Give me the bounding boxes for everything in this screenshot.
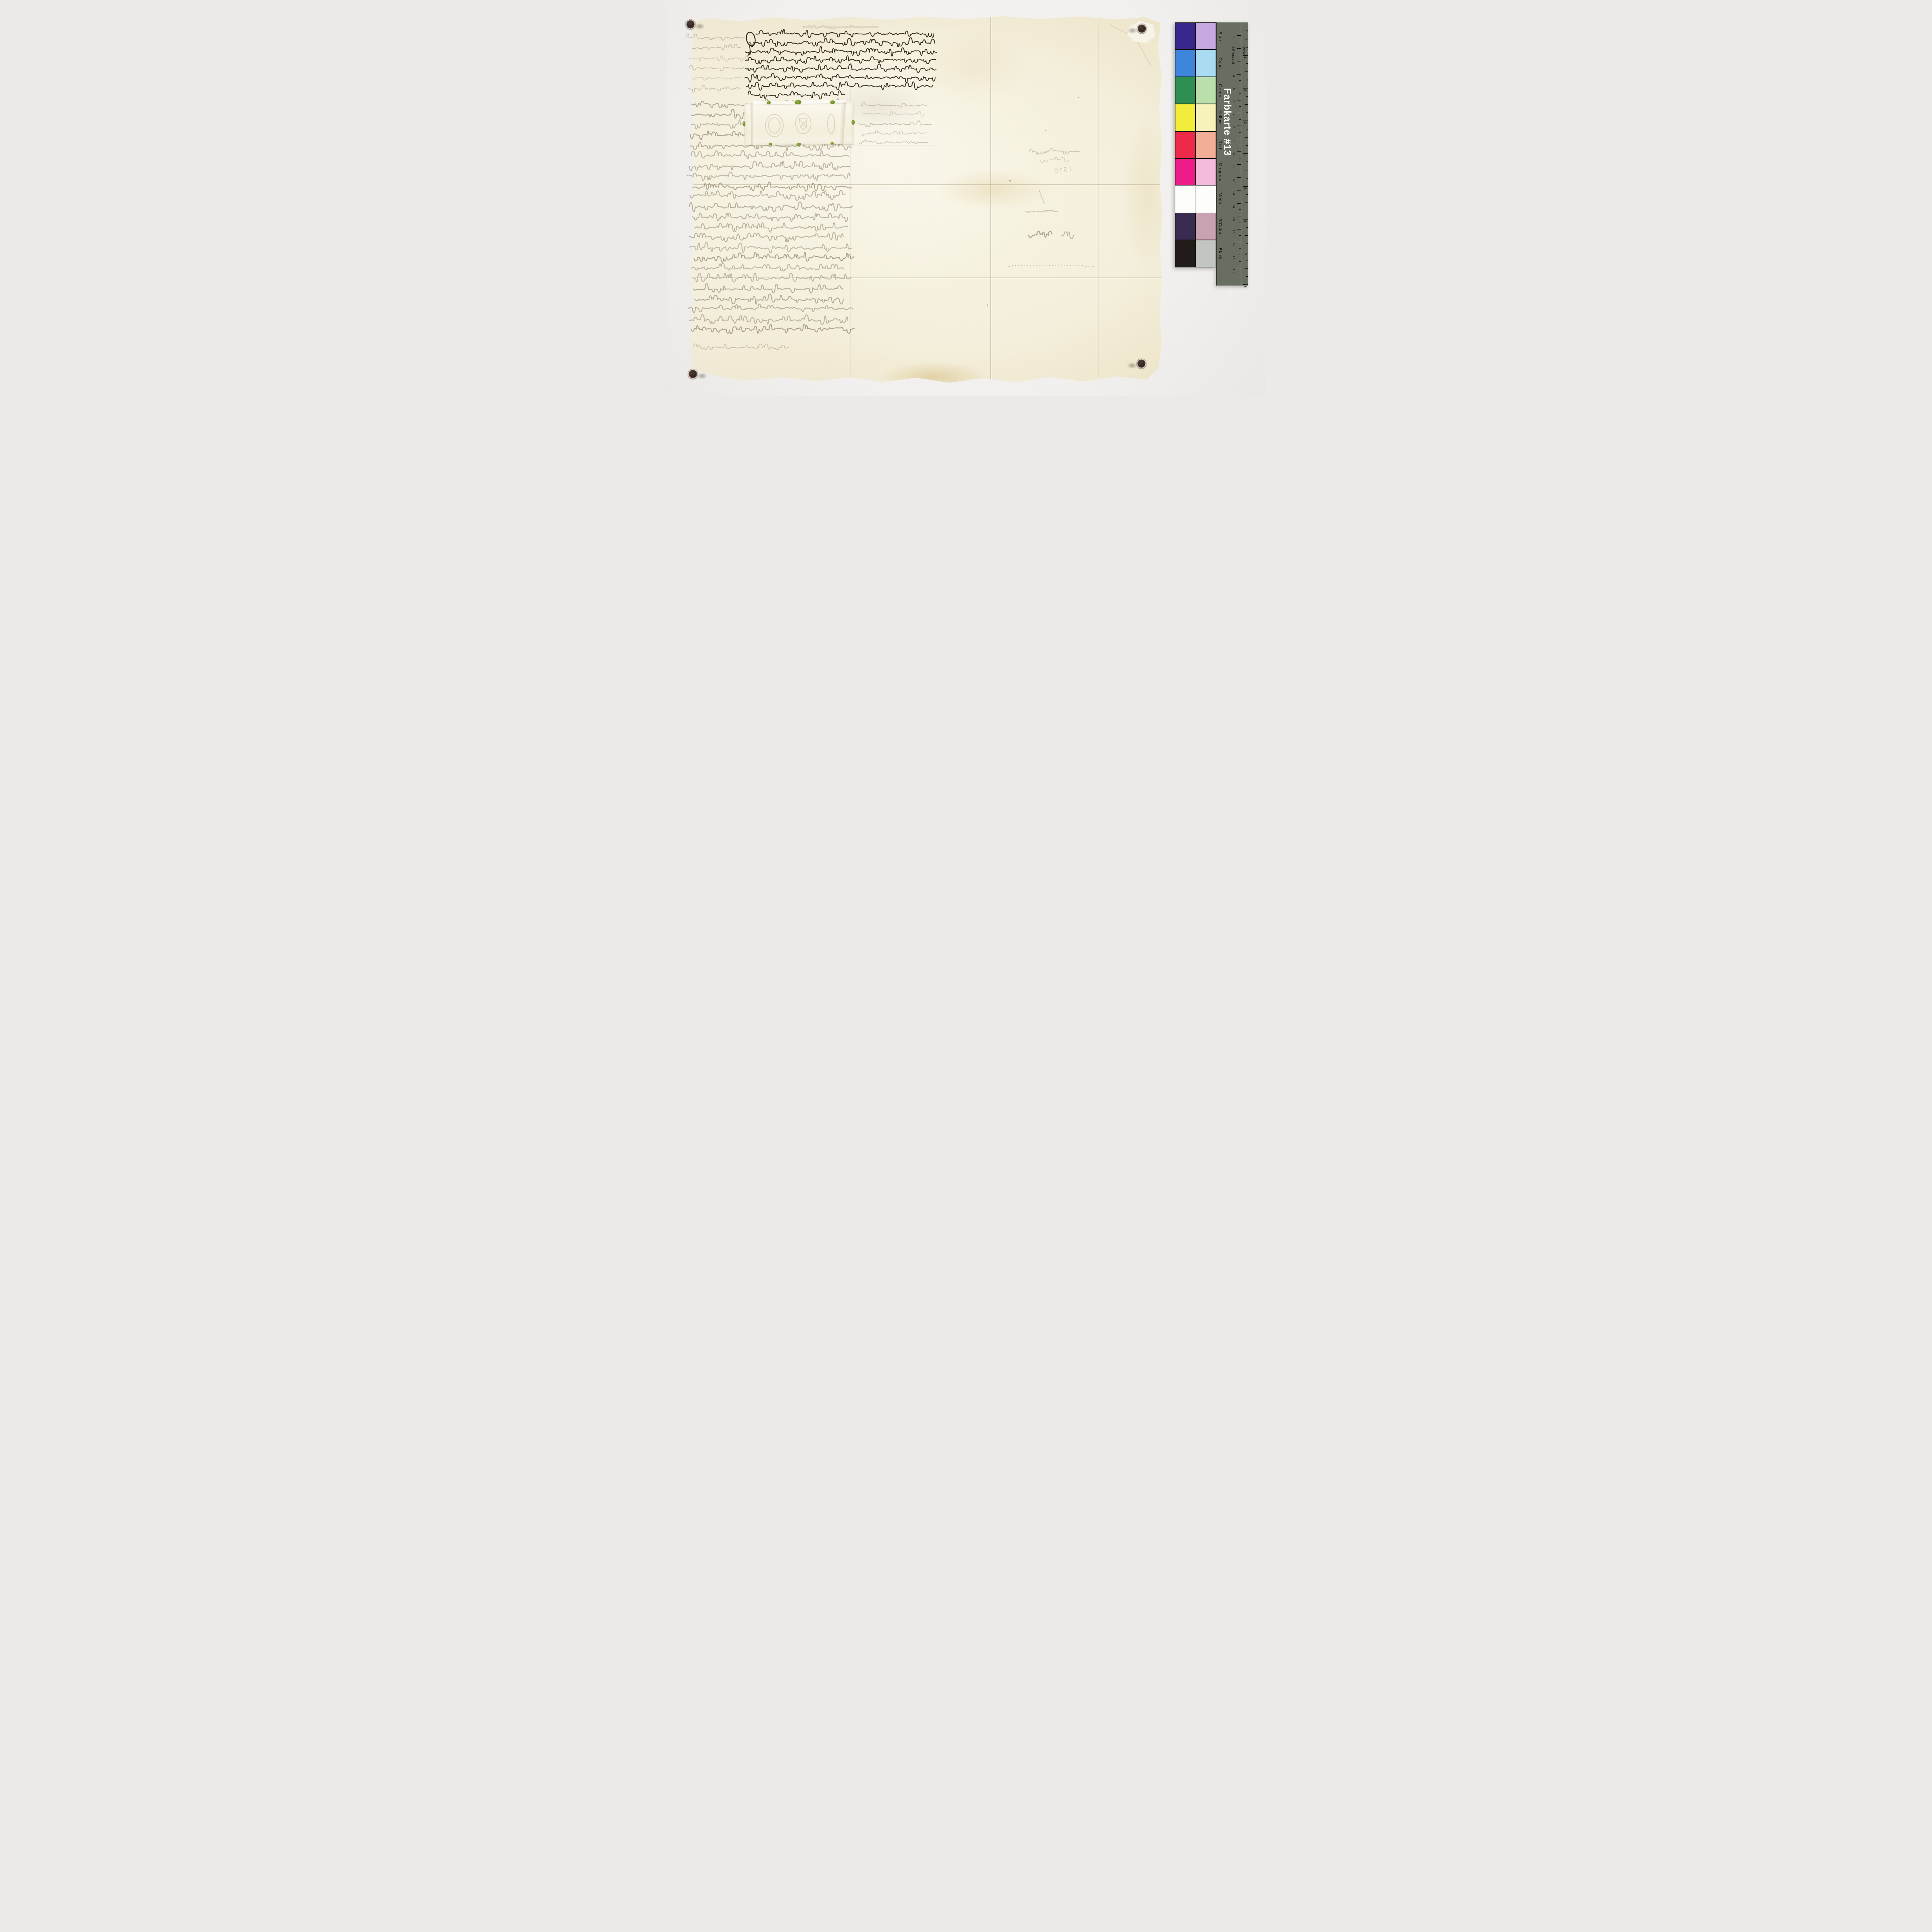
color-patch-tint <box>1196 104 1216 131</box>
stain <box>935 168 1051 211</box>
color-row-label: Black <box>1218 248 1222 260</box>
ruler-tick <box>1246 96 1248 97</box>
color-row-label: 3/Color <box>1218 219 1222 235</box>
ruler-tick <box>1245 104 1248 105</box>
rust-speck <box>1078 97 1079 98</box>
ruler-tick <box>1243 88 1248 88</box>
ruler-tick <box>1246 194 1248 195</box>
color-row-label: White <box>1218 193 1222 206</box>
ruler-tick <box>1237 216 1241 216</box>
ruler-number: 3 <box>1232 62 1236 64</box>
ruler-tick <box>1237 87 1241 87</box>
fold-crease-vertical <box>850 22 851 381</box>
fold-crease-vertical <box>1098 22 1099 377</box>
ruler-tick <box>1246 47 1248 48</box>
color-patch-saturated <box>1175 213 1196 240</box>
ruler-number: 4 <box>1243 155 1247 156</box>
color-patch-tint <box>1196 158 1216 185</box>
ruler-tick <box>1246 129 1248 129</box>
color-row-label: Cyan <box>1218 58 1222 69</box>
ruler-tick <box>1246 260 1248 260</box>
ruler-tick <box>1237 268 1241 268</box>
ruler-tick <box>1245 39 1248 39</box>
stain <box>1120 114 1174 277</box>
ruler-tick <box>1237 151 1241 152</box>
color-patch-tint <box>1196 213 1216 240</box>
ruler-tick <box>1237 61 1241 61</box>
ruler-number: 8 <box>1243 286 1247 287</box>
color-patch-saturated <box>1175 77 1196 104</box>
ruler-tick <box>1237 229 1241 229</box>
parchment-sheet <box>687 14 1164 384</box>
document-pin <box>1136 359 1146 369</box>
ruler-tick <box>1237 126 1241 126</box>
ruler-tick <box>1246 276 1248 277</box>
wax-spot <box>831 142 834 145</box>
ruler-tick <box>1239 42 1241 42</box>
ruler-number: 13 <box>1232 191 1236 195</box>
ruler-tick <box>1245 170 1248 170</box>
color-row-label: Magenta <box>1218 163 1222 182</box>
ruler-tick <box>1239 145 1241 145</box>
card-title: Farbkarte #13 <box>1221 88 1233 156</box>
ruler-tick <box>1246 63 1248 64</box>
ruler-tick <box>1237 203 1241 204</box>
ruler-tick <box>1237 48 1241 49</box>
ruler-tick <box>1239 80 1241 81</box>
embossed-seal <box>769 118 780 133</box>
ruler-number: 16 <box>1232 230 1236 234</box>
wax-spot <box>794 100 801 104</box>
ruler-tick <box>1243 252 1248 252</box>
ruler-tick <box>1246 112 1248 113</box>
color-patch-saturated <box>1175 158 1196 185</box>
color-patch-tint <box>1196 240 1216 267</box>
ruler-number: 8 <box>1232 126 1236 128</box>
ruler-tick <box>1237 100 1241 100</box>
ruler-divider <box>1241 22 1241 286</box>
ruler-tick <box>1239 94 1241 94</box>
ruler-number: 5 <box>1232 88 1236 90</box>
ruler-tick <box>1243 55 1248 56</box>
color-patch-saturated <box>1175 49 1196 77</box>
ruler-number: 19 <box>1232 269 1236 273</box>
fold-crease-horizontal <box>689 277 1162 279</box>
color-patch-tint <box>1196 49 1216 77</box>
ruler-tick <box>1243 121 1248 121</box>
color-patch-tint <box>1196 22 1216 49</box>
ruler-tick <box>1246 178 1248 179</box>
color-patch-saturated <box>1175 185 1196 213</box>
ruler-number: 12 <box>1232 178 1236 182</box>
ruler-number: 14 <box>1232 204 1236 208</box>
ruler-number: 6 <box>1232 100 1236 102</box>
embossed-seal <box>828 114 835 134</box>
stain <box>915 29 1031 103</box>
ruler-tick <box>1239 235 1241 236</box>
fold-crease-horizontal <box>689 145 936 146</box>
color-patch-tint <box>1196 77 1216 104</box>
pin-body <box>1136 359 1146 369</box>
color-patch-saturated <box>1175 131 1196 158</box>
ruler-tick <box>1239 55 1241 55</box>
ruler-number: 2 <box>1232 49 1236 51</box>
fold-crease-horizontal <box>689 184 1162 185</box>
ruler-tick <box>1245 268 1248 269</box>
scan-canvas: 1519 BlueCyanGreenYellowRedMagentaWhite3… <box>666 0 1266 396</box>
ruler-number: 5 <box>1243 187 1247 189</box>
wax-spot <box>830 100 835 104</box>
ruler-tick <box>1245 137 1248 138</box>
stain <box>881 362 989 393</box>
ruler-tick <box>1237 242 1241 242</box>
ruler-tick <box>1246 211 1248 211</box>
seal-patch-fold <box>750 103 755 145</box>
ruler-tick <box>1239 119 1241 120</box>
ruler-tick <box>1243 219 1248 219</box>
embossed-seal-detail <box>799 118 807 130</box>
ruler-tick <box>1239 197 1241 197</box>
wax-spot <box>767 101 770 104</box>
ruler-number: 4 <box>1232 75 1236 77</box>
wax-spot <box>743 122 745 126</box>
ruler-tick <box>1246 243 1248 244</box>
wax-spot <box>769 143 772 145</box>
wax-spot <box>797 143 801 146</box>
ruler-tick <box>1237 35 1241 36</box>
ruler-tick <box>1245 71 1248 72</box>
ruler-tick <box>1246 31 1248 31</box>
rust-speck <box>987 304 988 306</box>
color-patch-tint <box>1196 185 1216 213</box>
ruler-tick <box>1243 284 1248 285</box>
ruler-tick <box>1246 145 1248 146</box>
ruler-tick <box>1239 106 1241 107</box>
ruler-inch-label: Inches <box>1242 46 1246 56</box>
embossed-seal-impressions <box>744 102 853 145</box>
color-row-label: Blue <box>1218 31 1222 41</box>
ruler-tick <box>1239 171 1241 171</box>
rust-speck <box>1045 130 1046 131</box>
document-pin <box>1137 24 1147 34</box>
ruler-tick <box>1237 164 1241 165</box>
color-patch-saturated <box>1175 240 1196 267</box>
ruler-number: 10 <box>1232 152 1236 156</box>
ruler-tick <box>1243 186 1248 187</box>
pin-body <box>1137 24 1147 34</box>
color-patch-saturated <box>1175 104 1196 131</box>
document-pin <box>685 19 696 29</box>
ruler-number: 2 <box>1243 89 1247 91</box>
color-patch-tint <box>1196 131 1216 158</box>
ruler-number: 17 <box>1232 243 1236 247</box>
wax-spot <box>852 120 855 124</box>
ruler-tick <box>1239 68 1241 68</box>
ruler-tick <box>1243 153 1248 154</box>
ruler-number: 18 <box>1232 255 1236 260</box>
ruler-number: 7 <box>1243 253 1247 255</box>
ruler-tick <box>1245 235 1248 236</box>
ruler-tick <box>1239 158 1241 158</box>
ruler-number: 1 <box>1232 36 1236 38</box>
ruler-tick <box>1239 274 1241 274</box>
ruler-tick <box>1239 261 1241 262</box>
card-brand-logo: B.I.G. <box>1226 291 1233 308</box>
ruler-tick <box>1237 190 1241 190</box>
ruler-tick <box>1237 113 1241 113</box>
ruler-tick <box>1237 255 1241 255</box>
ruler-number: 3 <box>1243 122 1247 124</box>
color-card: BlueCyanGreenYellowRedMagentaWhite3/Colo… <box>1175 22 1248 286</box>
ruler-tick <box>1239 248 1241 249</box>
ruler-tick <box>1237 177 1241 178</box>
ruler-tick <box>1246 227 1248 228</box>
ruler-tick <box>1239 184 1241 184</box>
color-patch-saturated <box>1175 22 1196 49</box>
ruler-number: 6 <box>1243 220 1247 222</box>
ruler-number: 9 <box>1232 139 1236 141</box>
seal-patch <box>744 102 853 145</box>
ruler-tick <box>1239 223 1241 223</box>
ruler-tick <box>1245 202 1248 203</box>
ruler-number: 11 <box>1232 165 1236 169</box>
pin-body <box>688 369 698 379</box>
ruler-tick <box>1239 209 1241 210</box>
rust-speck <box>1009 180 1011 182</box>
ruler-tick <box>1246 162 1248 162</box>
ruler-number: 1 <box>1243 56 1247 58</box>
ruler-tick <box>1237 139 1241 139</box>
ruler-tick <box>1246 80 1248 80</box>
ruler-number: 7 <box>1232 114 1236 116</box>
ruler-tick <box>1239 132 1241 133</box>
ruler-tick <box>1237 74 1241 75</box>
ruler-number: 15 <box>1232 217 1236 221</box>
document-pin <box>688 369 698 379</box>
pin-body <box>685 19 696 29</box>
